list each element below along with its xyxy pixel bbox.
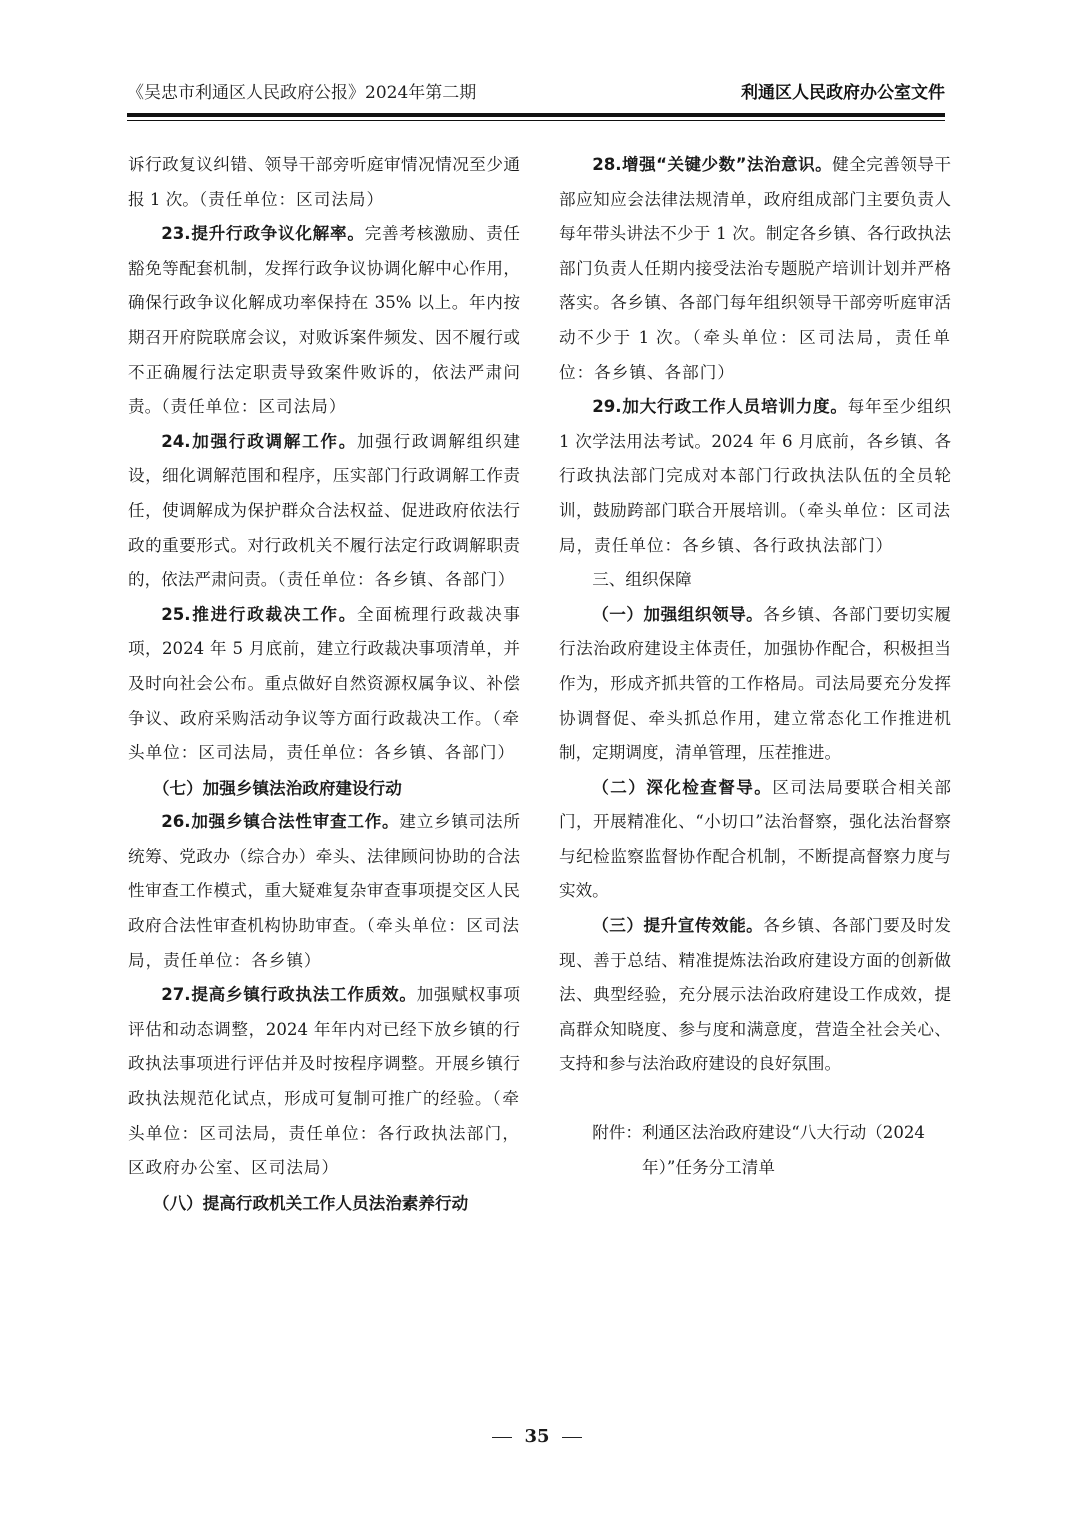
item-title: 25.推进行政裁决工作。	[161, 605, 357, 624]
right-column: 28.增强“关键少数”法治意识。健全完善领导干部应知应会法律法规清单，政府组成部…	[559, 148, 951, 1185]
guarantee-1: （一）加强组织领导。各乡镇、各部门要切实履行法治政府建设主体责任，加强协作配合，…	[559, 598, 951, 771]
item-23: 23.提升行政争议化解率。完善考核激励、责任豁免等配套机制，发挥行政争议协调化解…	[128, 217, 520, 425]
item-26: 26.加强乡镇合法性审查工作。建立乡镇司法所统筹、党政办（综合办）牵头、法律顾问…	[128, 805, 520, 978]
item-27: 27.提高乡镇行政执法工作质效。加强赋权事项评估和动态调整，2024 年年内对已…	[128, 978, 520, 1186]
item-title: （三）提升宣传效能。	[592, 916, 763, 935]
guarantee-2: （二）深化检查督导。区司法局要联合相关部门，开展精准化、“小切口”法治督察，强化…	[559, 771, 951, 909]
item-29: 29.加大行政工作人员培训力度。每年至少组织 1 次学法用法考试。2024 年 …	[559, 390, 951, 563]
attachment-line-2: 年）”任务分工清单	[559, 1151, 951, 1186]
spacer	[559, 1082, 951, 1116]
item-title: （一）加强组织领导。	[592, 605, 763, 624]
paragraph-continued: 诉行政复议纠错、领导干部旁听庭审情况情况至少通报 1 次。（责任单位：区司法局）	[128, 148, 520, 217]
item-25: 25.推进行政裁决工作。全面梳理行政裁决事项，2024 年 5 月底前，建立行政…	[128, 598, 520, 771]
section-heading-8: （八）提高行政机关工作人员法治素养行动	[128, 1186, 520, 1221]
page-footer: 35	[0, 1426, 1074, 1447]
item-24: 24.加强行政调解工作。加强行政调解组织建设，细化调解范围和程序，压实部门行政调…	[128, 425, 520, 598]
publication-title: 《吴忠市利通区人民政府公报》2024年第二期	[127, 78, 476, 103]
item-28: 28.增强“关键少数”法治意识。健全完善领导干部应知应会法律法规清单，政府组成部…	[559, 148, 951, 390]
section-heading-7: （七）加强乡镇法治政府建设行动	[128, 771, 520, 806]
dash-right	[562, 1437, 582, 1438]
item-title: 26.加强乡镇合法性审查工作。	[161, 812, 399, 831]
attachment-line-1: 附件：利通区法治政府建设“八大行动（2024	[559, 1116, 951, 1151]
guarantee-3: （三）提升宣传效能。各乡镇、各部门要及时发现、善于总结、精准提炼法治政府建设方面…	[559, 909, 951, 1082]
section-heading-3: 三、组织保障	[559, 563, 951, 598]
item-title: 28.增强“关键少数”法治意识。	[592, 155, 832, 174]
item-title: 27.提高乡镇行政执法工作质效。	[161, 985, 417, 1004]
header-rule-thin	[127, 120, 945, 121]
left-column: 诉行政复议纠错、领导干部旁听庭审情况情况至少通报 1 次。（责任单位：区司法局）…	[128, 148, 520, 1220]
item-title: （二）深化检查督导。	[592, 778, 772, 797]
item-title: 29.加大行政工作人员培训力度。	[592, 397, 848, 416]
page-number: 35	[524, 1426, 549, 1447]
item-title: 23.提升行政争议化解率。	[161, 224, 365, 243]
page-header: 《吴忠市利通区人民政府公报》2024年第二期 利通区人民政府办公室文件	[127, 78, 945, 108]
document-source: 利通区人民政府办公室文件	[741, 78, 945, 103]
item-title: 24.加强行政调解工作。	[161, 432, 357, 451]
header-rule-thick	[127, 113, 945, 117]
dash-left	[492, 1437, 512, 1438]
